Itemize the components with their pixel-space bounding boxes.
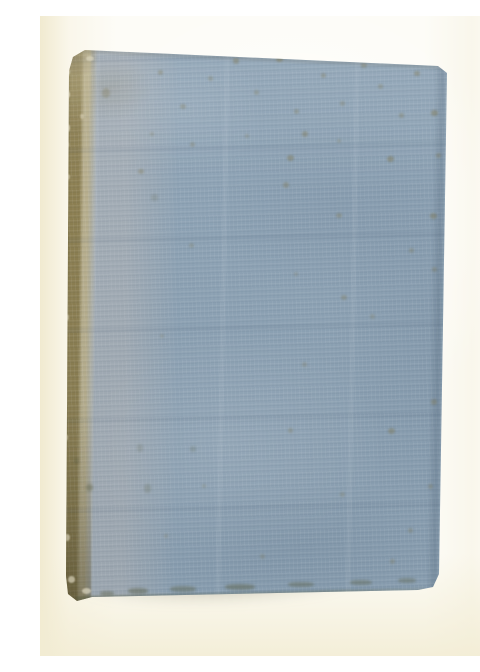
foxing-spot <box>340 101 345 106</box>
foxing-spot <box>431 110 438 116</box>
grime-spot <box>170 586 196 592</box>
grime-spot <box>137 444 143 452</box>
foxing-spot <box>288 428 293 433</box>
wear-spot <box>82 588 91 594</box>
foxing-spot <box>409 248 414 253</box>
wear-spot <box>80 114 84 119</box>
foxing-spot <box>432 267 437 272</box>
grime-spot <box>398 578 416 583</box>
foxing-spot <box>294 109 299 114</box>
grime-spot <box>86 484 93 491</box>
foxing-spot <box>158 70 163 75</box>
foxing-spot <box>408 528 413 533</box>
foxing-spot <box>160 334 164 338</box>
foxing-spot <box>436 153 441 158</box>
foxing-spot <box>321 73 326 78</box>
grime-spot <box>144 484 151 493</box>
foxing-spot <box>190 142 195 147</box>
foxing-spot <box>390 559 395 564</box>
foxing-spot <box>340 492 345 497</box>
foxing-spot <box>254 90 259 95</box>
foxing-spot <box>260 554 265 559</box>
foxing-spot <box>337 139 341 143</box>
foxing-spot <box>202 484 206 488</box>
condition-marks-layer <box>40 16 480 656</box>
wear-spot <box>86 56 94 61</box>
wear-spot <box>68 576 75 583</box>
foxing-spot <box>341 295 347 300</box>
foxing-spot <box>302 131 308 137</box>
grime-spot <box>225 584 255 590</box>
grime-spot <box>128 588 148 594</box>
foxing-spot <box>399 113 404 118</box>
foxing-spot <box>428 484 433 489</box>
foxing-spot <box>283 182 289 188</box>
book <box>40 16 480 656</box>
foxing-spot <box>208 76 213 81</box>
foxing-spot <box>414 71 420 76</box>
foxing-spot <box>287 155 294 161</box>
foxing-spot <box>164 534 168 538</box>
foxing-spot <box>150 132 154 136</box>
foxing-spot <box>361 63 367 68</box>
foxing-spot <box>245 134 249 138</box>
foxing-spot <box>378 84 383 89</box>
photo-stage: Worn vintage hardcover book bound in pal… <box>40 16 480 656</box>
foxing-spot <box>189 243 194 248</box>
foxing-spot <box>233 58 239 64</box>
foxing-spot <box>387 156 394 162</box>
grime-spot <box>74 458 79 464</box>
foxing-spot <box>180 104 186 109</box>
grime-spot <box>190 446 196 452</box>
foxing-spot <box>370 314 375 319</box>
grime-spot <box>288 582 314 587</box>
foxing-spot <box>302 362 307 367</box>
foxing-spot <box>102 88 110 98</box>
foxing-spot <box>138 169 144 174</box>
grime-spot <box>350 580 372 585</box>
foxing-spot <box>430 213 437 219</box>
foxing-spot <box>294 272 298 276</box>
grime-spot <box>151 194 158 201</box>
foxing-spot <box>336 213 342 218</box>
foxing-spot <box>431 399 437 405</box>
foxing-spot <box>388 428 395 434</box>
